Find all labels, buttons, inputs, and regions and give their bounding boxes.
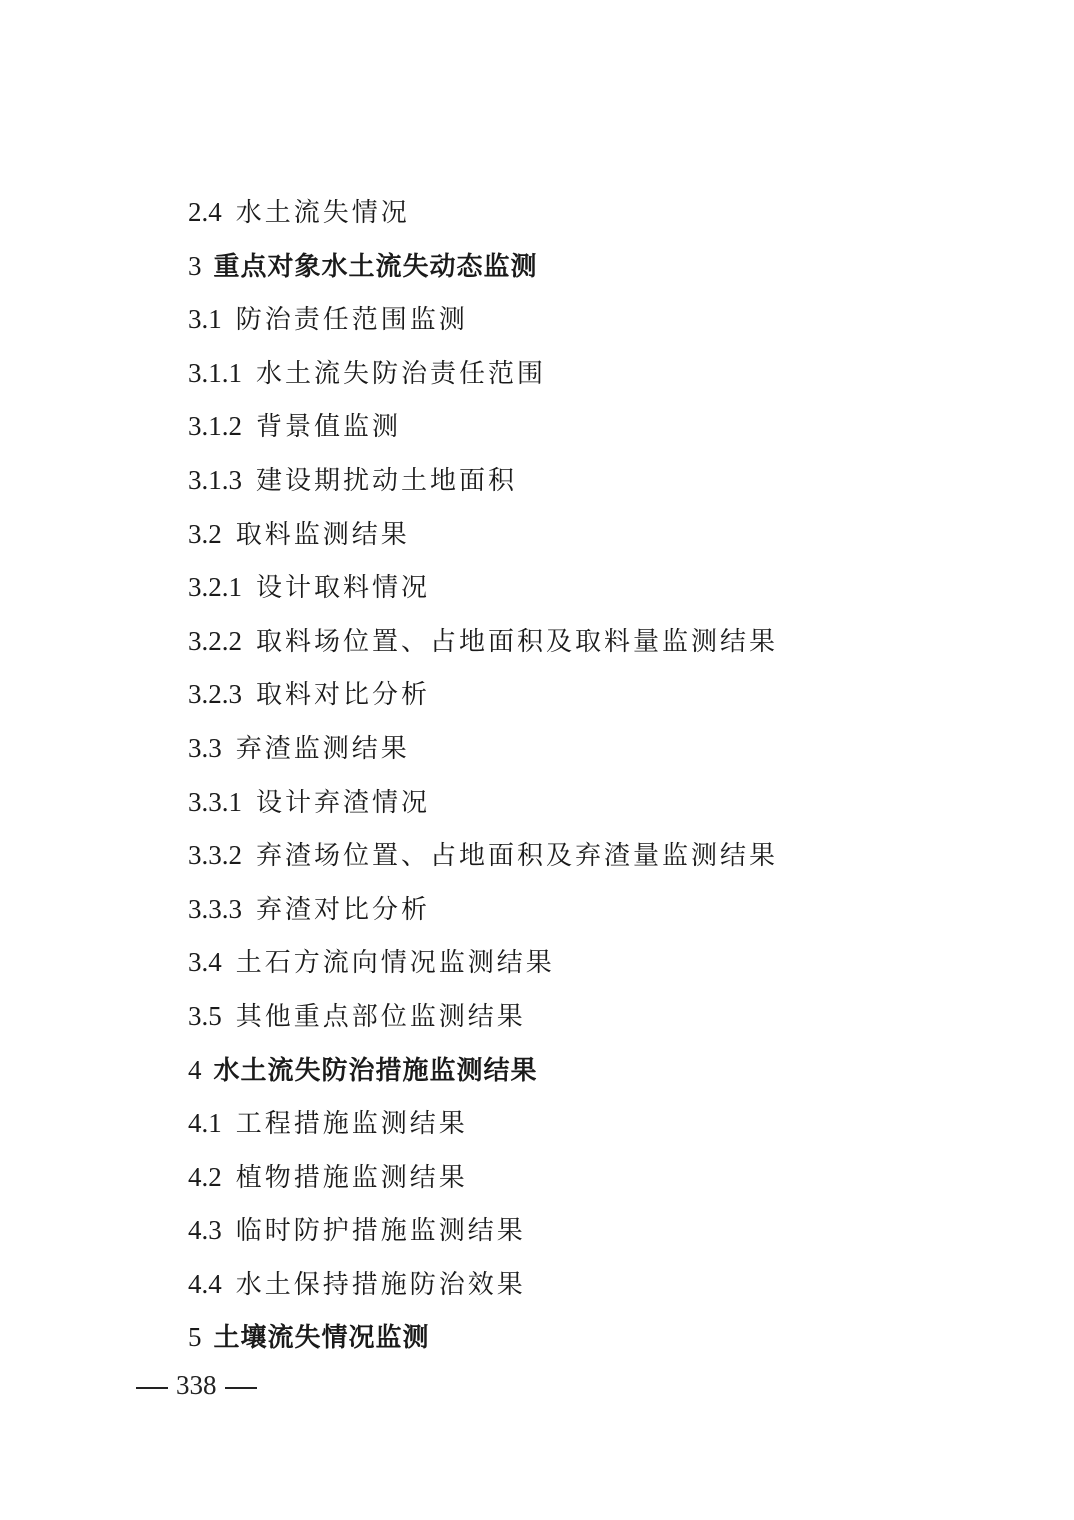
toc-entry: 3.3弃渣监测结果 <box>188 725 778 779</box>
section-title: 设计取料情况 <box>256 573 430 603</box>
section-number: 3.3 <box>188 733 222 763</box>
section-title: 建设期扰动土地面积 <box>256 466 517 496</box>
section-number: 4.3 <box>188 1215 222 1245</box>
section-title: 植物措施监测结果 <box>236 1163 468 1193</box>
section-title: 水土流失情况 <box>236 198 410 228</box>
section-number: 4.4 <box>188 1269 222 1299</box>
page-number: 338 <box>176 1370 217 1400</box>
section-title: 防治责任范围监测 <box>236 305 468 335</box>
section-title: 工程措施监测结果 <box>236 1109 468 1139</box>
section-title: 水土流失防治责任范围 <box>256 359 546 389</box>
section-number: 3.5 <box>188 1001 222 1031</box>
section-number: 3.3.1 <box>188 787 242 817</box>
toc-entry-chapter: 3重点对象水土流失动态监测 <box>188 243 778 297</box>
section-number: 3.1.1 <box>188 358 242 388</box>
section-title: 水土保持措施防治效果 <box>236 1270 526 1300</box>
section-title: 设计弃渣情况 <box>256 788 430 818</box>
section-number: 2.4 <box>188 197 222 227</box>
toc-entry: 3.3.3弃渣对比分析 <box>188 886 778 940</box>
section-title: 背景值监测 <box>256 412 401 442</box>
toc-entry: 3.1.3建设期扰动土地面积 <box>188 457 778 511</box>
toc-entry: 3.2取料监测结果 <box>188 511 778 565</box>
section-title: 弃渣场位置、占地面积及弃渣量监测结果 <box>256 841 778 871</box>
section-number: 5 <box>188 1322 202 1352</box>
toc-entry: 3.2.1设计取料情况 <box>188 564 778 618</box>
toc-entry: 4.4水土保持措施防治效果 <box>188 1261 778 1315</box>
dash-left <box>136 1387 168 1389</box>
section-title: 土壤流失情况监测 <box>214 1323 430 1353</box>
page-footer: 338 <box>128 1370 265 1401</box>
section-title: 水土流失防治措施监测结果 <box>214 1056 538 1086</box>
section-title: 土石方流向情况监测结果 <box>236 948 555 978</box>
section-title: 取料场位置、占地面积及取料量监测结果 <box>256 627 778 657</box>
toc-entry: 3.3.1设计弃渣情况 <box>188 779 778 833</box>
section-number: 3.1 <box>188 304 222 334</box>
section-title: 弃渣监测结果 <box>236 734 410 764</box>
section-number: 3.2.2 <box>188 626 242 656</box>
document-page: 2.4水土流失情况 3重点对象水土流失动态监测 3.1防治责任范围监测 3.1.… <box>0 0 1074 1520</box>
toc-entry: 3.1防治责任范围监测 <box>188 296 778 350</box>
section-title: 弃渣对比分析 <box>256 895 430 925</box>
section-number: 3 <box>188 251 202 281</box>
toc-entry: 3.1.2背景值监测 <box>188 403 778 457</box>
dash-right <box>225 1387 257 1389</box>
section-title: 重点对象水土流失动态监测 <box>214 252 538 282</box>
table-of-contents: 2.4水土流失情况 3重点对象水土流失动态监测 3.1防治责任范围监测 3.1.… <box>188 189 778 1368</box>
toc-entry: 4.1工程措施监测结果 <box>188 1100 778 1154</box>
toc-entry: 3.2.2取料场位置、占地面积及取料量监测结果 <box>188 618 778 672</box>
section-number: 3.3.2 <box>188 840 242 870</box>
section-number: 3.1.2 <box>188 411 242 441</box>
toc-entry: 3.4土石方流向情况监测结果 <box>188 939 778 993</box>
section-number: 3.2 <box>188 519 222 549</box>
section-title: 其他重点部位监测结果 <box>236 1002 526 1032</box>
toc-entry: 3.1.1水土流失防治责任范围 <box>188 350 778 404</box>
section-number: 3.1.3 <box>188 465 242 495</box>
section-title: 取料监测结果 <box>236 520 410 550</box>
section-number: 3.2.3 <box>188 679 242 709</box>
toc-entry: 3.5其他重点部位监测结果 <box>188 993 778 1047</box>
section-title: 临时防护措施监测结果 <box>236 1216 526 1246</box>
section-number: 3.2.1 <box>188 572 242 602</box>
toc-entry: 4.2植物措施监测结果 <box>188 1154 778 1208</box>
toc-entry: 4.3临时防护措施监测结果 <box>188 1207 778 1261</box>
toc-entry: 3.3.2弃渣场位置、占地面积及弃渣量监测结果 <box>188 832 778 886</box>
section-number: 3.4 <box>188 947 222 977</box>
toc-entry-chapter: 5土壤流失情况监测 <box>188 1314 778 1368</box>
section-number: 4.1 <box>188 1108 222 1138</box>
toc-entry: 3.2.3取料对比分析 <box>188 671 778 725</box>
section-number: 4.2 <box>188 1162 222 1192</box>
section-number: 3.3.3 <box>188 894 242 924</box>
section-title: 取料对比分析 <box>256 680 430 710</box>
toc-entry: 2.4水土流失情况 <box>188 189 778 243</box>
section-number: 4 <box>188 1055 202 1085</box>
toc-entry-chapter: 4水土流失防治措施监测结果 <box>188 1047 778 1101</box>
